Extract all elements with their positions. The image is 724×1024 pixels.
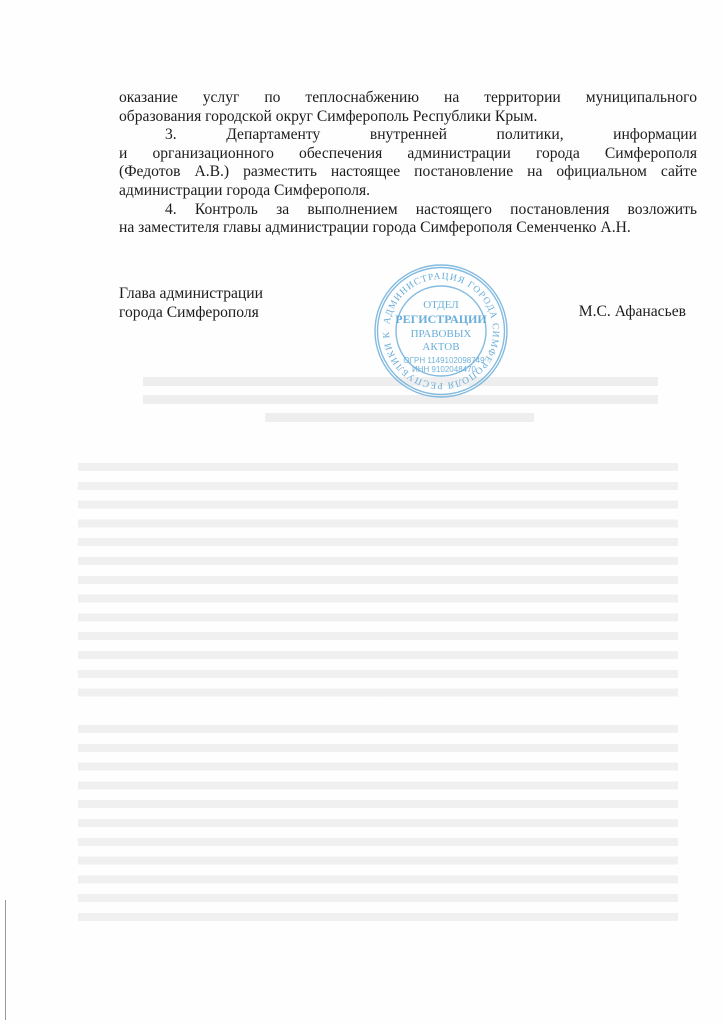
svg-text:ОТДЕЛ: ОТДЕЛ bbox=[423, 299, 459, 311]
text-line: оказание услуг по теплоснабжению на терр… bbox=[119, 89, 697, 108]
stamp-seal-icon: АДМИНИСТРАЦИЯ ГОРОДА СИМФЕРОПОЛЯ РЕСПУБЛ… bbox=[372, 262, 510, 400]
svg-text:ПРАВОВЫХ: ПРАВОВЫХ bbox=[411, 328, 472, 340]
svg-text:ИНН 9102048470: ИНН 9102048470 bbox=[412, 365, 477, 374]
svg-text:АКТОВ: АКТОВ bbox=[422, 341, 459, 353]
document-body: оказание услуг по теплоснабжению на терр… bbox=[119, 89, 697, 238]
text-line: и организационного обеспечения администр… bbox=[119, 145, 697, 164]
paragraph-2-tail: оказание услуг по теплоснабжению на терр… bbox=[119, 89, 697, 126]
signature-block: Глава администрации города Симферополя bbox=[119, 285, 263, 322]
paragraph-4: 4. Контроль за выполнением настоящего по… bbox=[119, 201, 697, 238]
bleed-through-block-1 bbox=[78, 458, 678, 698]
text-line: на заместителя главы администрации город… bbox=[119, 219, 697, 238]
text-line: администрации города Симферополя. bbox=[119, 182, 697, 201]
signatory-title: Глава администрации bbox=[119, 285, 263, 304]
text-line: образования городской округ Симферополь … bbox=[119, 108, 697, 127]
svg-text:ОГРН 1149102098749: ОГРН 1149102098749 bbox=[403, 356, 485, 365]
bleed-through-block-2 bbox=[78, 720, 678, 930]
signatory-name: М.С. Афанасьев bbox=[579, 303, 686, 322]
text-line: 4. Контроль за выполнением настоящего по… bbox=[119, 201, 697, 220]
signatory-title: города Симферополя bbox=[119, 304, 263, 323]
paragraph-3: 3. Департаменту внутренней политики, инф… bbox=[119, 126, 697, 200]
scan-edge-line bbox=[5, 900, 6, 1020]
text-line: 3. Департаменту внутренней политики, инф… bbox=[119, 126, 697, 145]
text-line: (Федотов А.В.) разместить настоящее пост… bbox=[119, 163, 697, 182]
document-page: оказание услуг по теплоснабжению на терр… bbox=[0, 0, 724, 1024]
svg-text:РЕГИСТРАЦИИ: РЕГИСТРАЦИИ bbox=[395, 312, 487, 326]
official-stamp: АДМИНИСТРАЦИЯ ГОРОДА СИМФЕРОПОЛЯ РЕСПУБЛ… bbox=[372, 262, 510, 400]
